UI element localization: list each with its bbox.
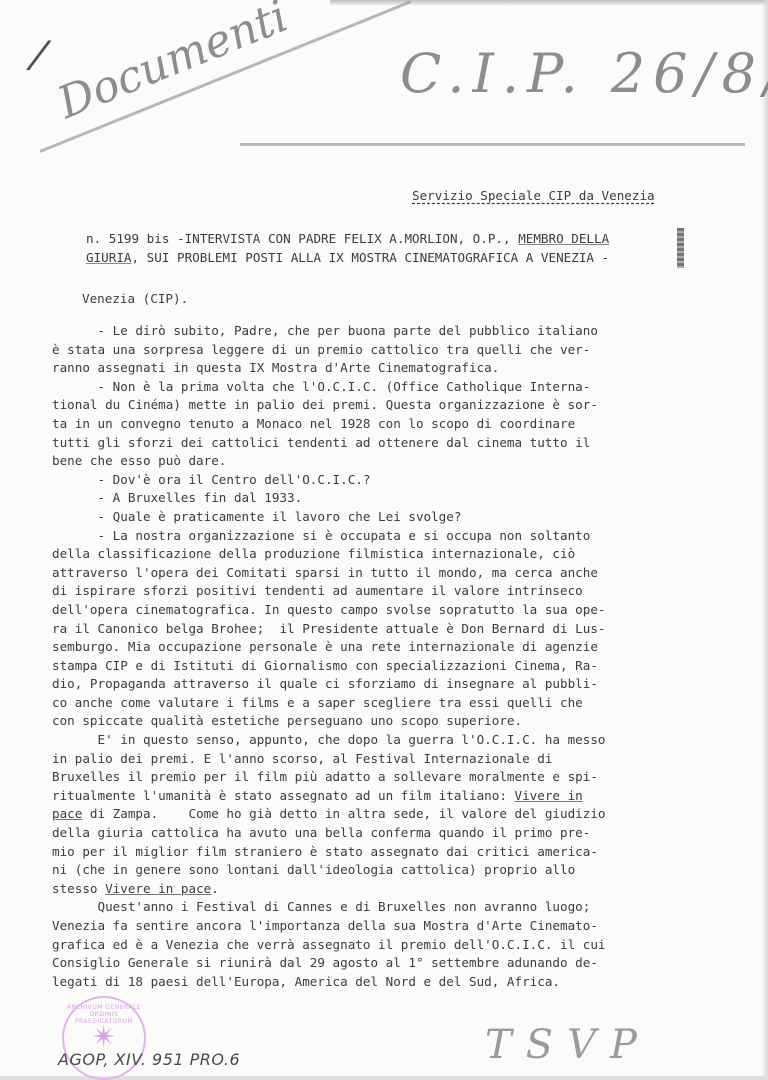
- heading-line2-text: , SUI PROBLEMI POSTI ALLA IX MOSTRA CINE…: [132, 250, 610, 265]
- star-icon: ✴: [91, 1023, 116, 1053]
- body-line: con spiccate qualità estetiche perseguan…: [52, 712, 606, 731]
- body-line: - A Bruxelles fin dal 1933.: [52, 489, 606, 508]
- body-line: grafica ed è a Venezia che verrà assegna…: [52, 936, 606, 955]
- service-line: Servizio Speciale CIP da Venezia: [412, 188, 655, 203]
- document-page: / Documenti C.I.P. 26/8/48 Servizio Spec…: [0, 0, 768, 1080]
- body-line: ta in un convegno tenuto a Monaco nel 19…: [52, 415, 606, 434]
- pencil-horizontal-underline: [240, 143, 745, 146]
- body-line: dio, Propaganda attraverso il quale ci s…: [52, 675, 606, 694]
- body-line: Consiglio Generale si riunirà dal 29 ago…: [52, 954, 606, 973]
- body-line: Venezia fa sentire ancora l'importanza d…: [52, 917, 606, 936]
- handwritten-cip-date: C.I.P. 26/8/48: [400, 42, 768, 105]
- body-line: pace di Zampa. Come ho già detto in altr…: [52, 805, 606, 824]
- heading-line2-underlined: GIURIA: [86, 250, 132, 265]
- body-line: - Non è la prima volta che l'O.C.I.C. (O…: [52, 378, 606, 397]
- body-line: ranno assegnati in questa IX Mostra d'Ar…: [52, 359, 606, 378]
- body-line: attraverso l'opera dei Comitati sparsi i…: [52, 564, 606, 583]
- body-line: ra il Canonico belga Brohee; il Presiden…: [52, 620, 606, 639]
- body-line: di ispirare sforzi positivi tendenti ad …: [52, 582, 606, 601]
- body-line: - Quale è praticamente il lavoro che Lei…: [52, 508, 606, 527]
- pencil-slash-mark: /: [28, 31, 49, 79]
- body-line: semburgo. Mia occupazione personale è un…: [52, 638, 606, 657]
- body-line: bene che esso può dare.: [52, 452, 606, 471]
- heading-line1-underlined: MEMBRO DELLA: [518, 231, 609, 246]
- body-line: mio per il miglior film straniero è stat…: [52, 843, 606, 862]
- body-line: stampa CIP e di Istituti di Giornalismo …: [52, 657, 606, 676]
- body-line: ni (che in genere sono lontani dall'ideo…: [52, 861, 606, 880]
- article-heading: n. 5199 bis -INTERVISTA CON PADRE FELIX …: [86, 230, 609, 267]
- body-line: - Dov'è ora il Centro dell'O.C.I.C.?: [52, 471, 606, 490]
- body-line: E' in questo senso, appunto, che dopo la…: [52, 731, 606, 750]
- heading-line1-text: n. 5199 bis -INTERVISTA CON PADRE FELIX …: [86, 231, 518, 246]
- scan-edge-right: [762, 0, 768, 1080]
- body-line: ritualmente l'umanità è stato assegnato …: [52, 787, 606, 806]
- body-line: stesso Vivere in pace.: [52, 880, 606, 899]
- body-line: - Le dirò subito, Padre, che per buona p…: [52, 322, 606, 341]
- body-line: - La nostra organizzazione si è occupata…: [52, 527, 606, 546]
- body-line: della classificazione della produzione f…: [52, 545, 606, 564]
- body-line: co anche come valutare i films e a saper…: [52, 694, 606, 713]
- dateline: Venezia (CIP).: [82, 290, 188, 309]
- body-line: tutti gli sforzi dei cattolici tendenti …: [52, 434, 606, 453]
- body-line: tional du Cinéma) mette in palio dei pre…: [52, 396, 606, 415]
- body-line: legati di 18 paesi dell'Europa, America …: [52, 973, 606, 992]
- archive-reference: AGOP, XIV. 951 PRO.6: [58, 1050, 240, 1069]
- stamp-text: ARCHIVUM GENERALE ORDINIS PRAEDICATORUM: [64, 1004, 144, 1025]
- body-line: della giuria cattolica ha avuto una bell…: [52, 824, 606, 843]
- body-line: è stata una sorpresa leggere di un premi…: [52, 341, 606, 360]
- body-line: Bruxelles il premio per il film più adat…: [52, 768, 606, 787]
- margin-pencil-mark: [677, 228, 684, 268]
- body-line: dell'opera cinematografica. In questo ca…: [52, 601, 606, 620]
- body-line: in palio dei premi. E l'anno scorso, al …: [52, 750, 606, 769]
- article-body: - Le dirò subito, Padre, che per buona p…: [52, 322, 606, 991]
- handwritten-tsvp: TSVP: [485, 1022, 651, 1068]
- body-line: Quest'anno i Festival di Cannes e di Bru…: [52, 898, 606, 917]
